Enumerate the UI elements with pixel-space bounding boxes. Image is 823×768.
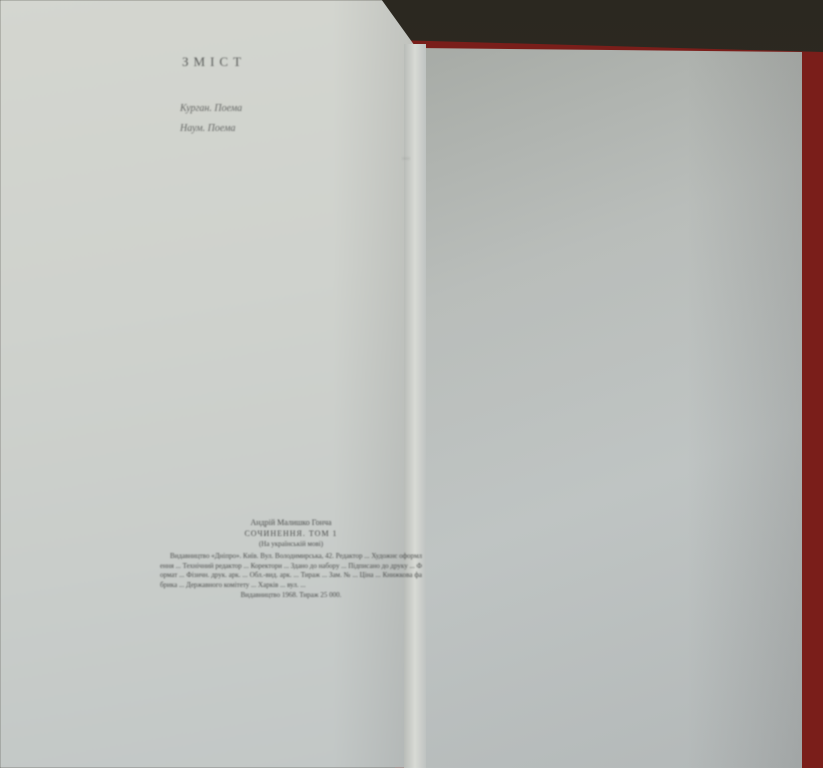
left-page	[0, 0, 415, 768]
imprint-block: Андрій Малишко Гонча СОЧИНЕННЯ. ТОМ 1 (Н…	[160, 517, 422, 600]
imprint-author: Андрій Малишко Гонча	[160, 517, 422, 528]
toc-entry: Курган. Поема	[180, 103, 242, 114]
imprint-footer: Видавництво 1968. Тираж 25 000.	[160, 590, 422, 600]
imprint-work-title: СОЧИНЕННЯ. ТОМ 1	[160, 528, 422, 539]
imprint-language-note: (На українській мові)	[160, 539, 422, 550]
page-mark: …	[402, 152, 410, 161]
right-page	[418, 48, 802, 768]
toc-entry: Наум. Поема	[180, 123, 235, 134]
toc-title: ЗМІСТ	[182, 54, 246, 70]
imprint-body: Видавництво «Дніпро». Київ. Вул. Володим…	[160, 552, 422, 590]
